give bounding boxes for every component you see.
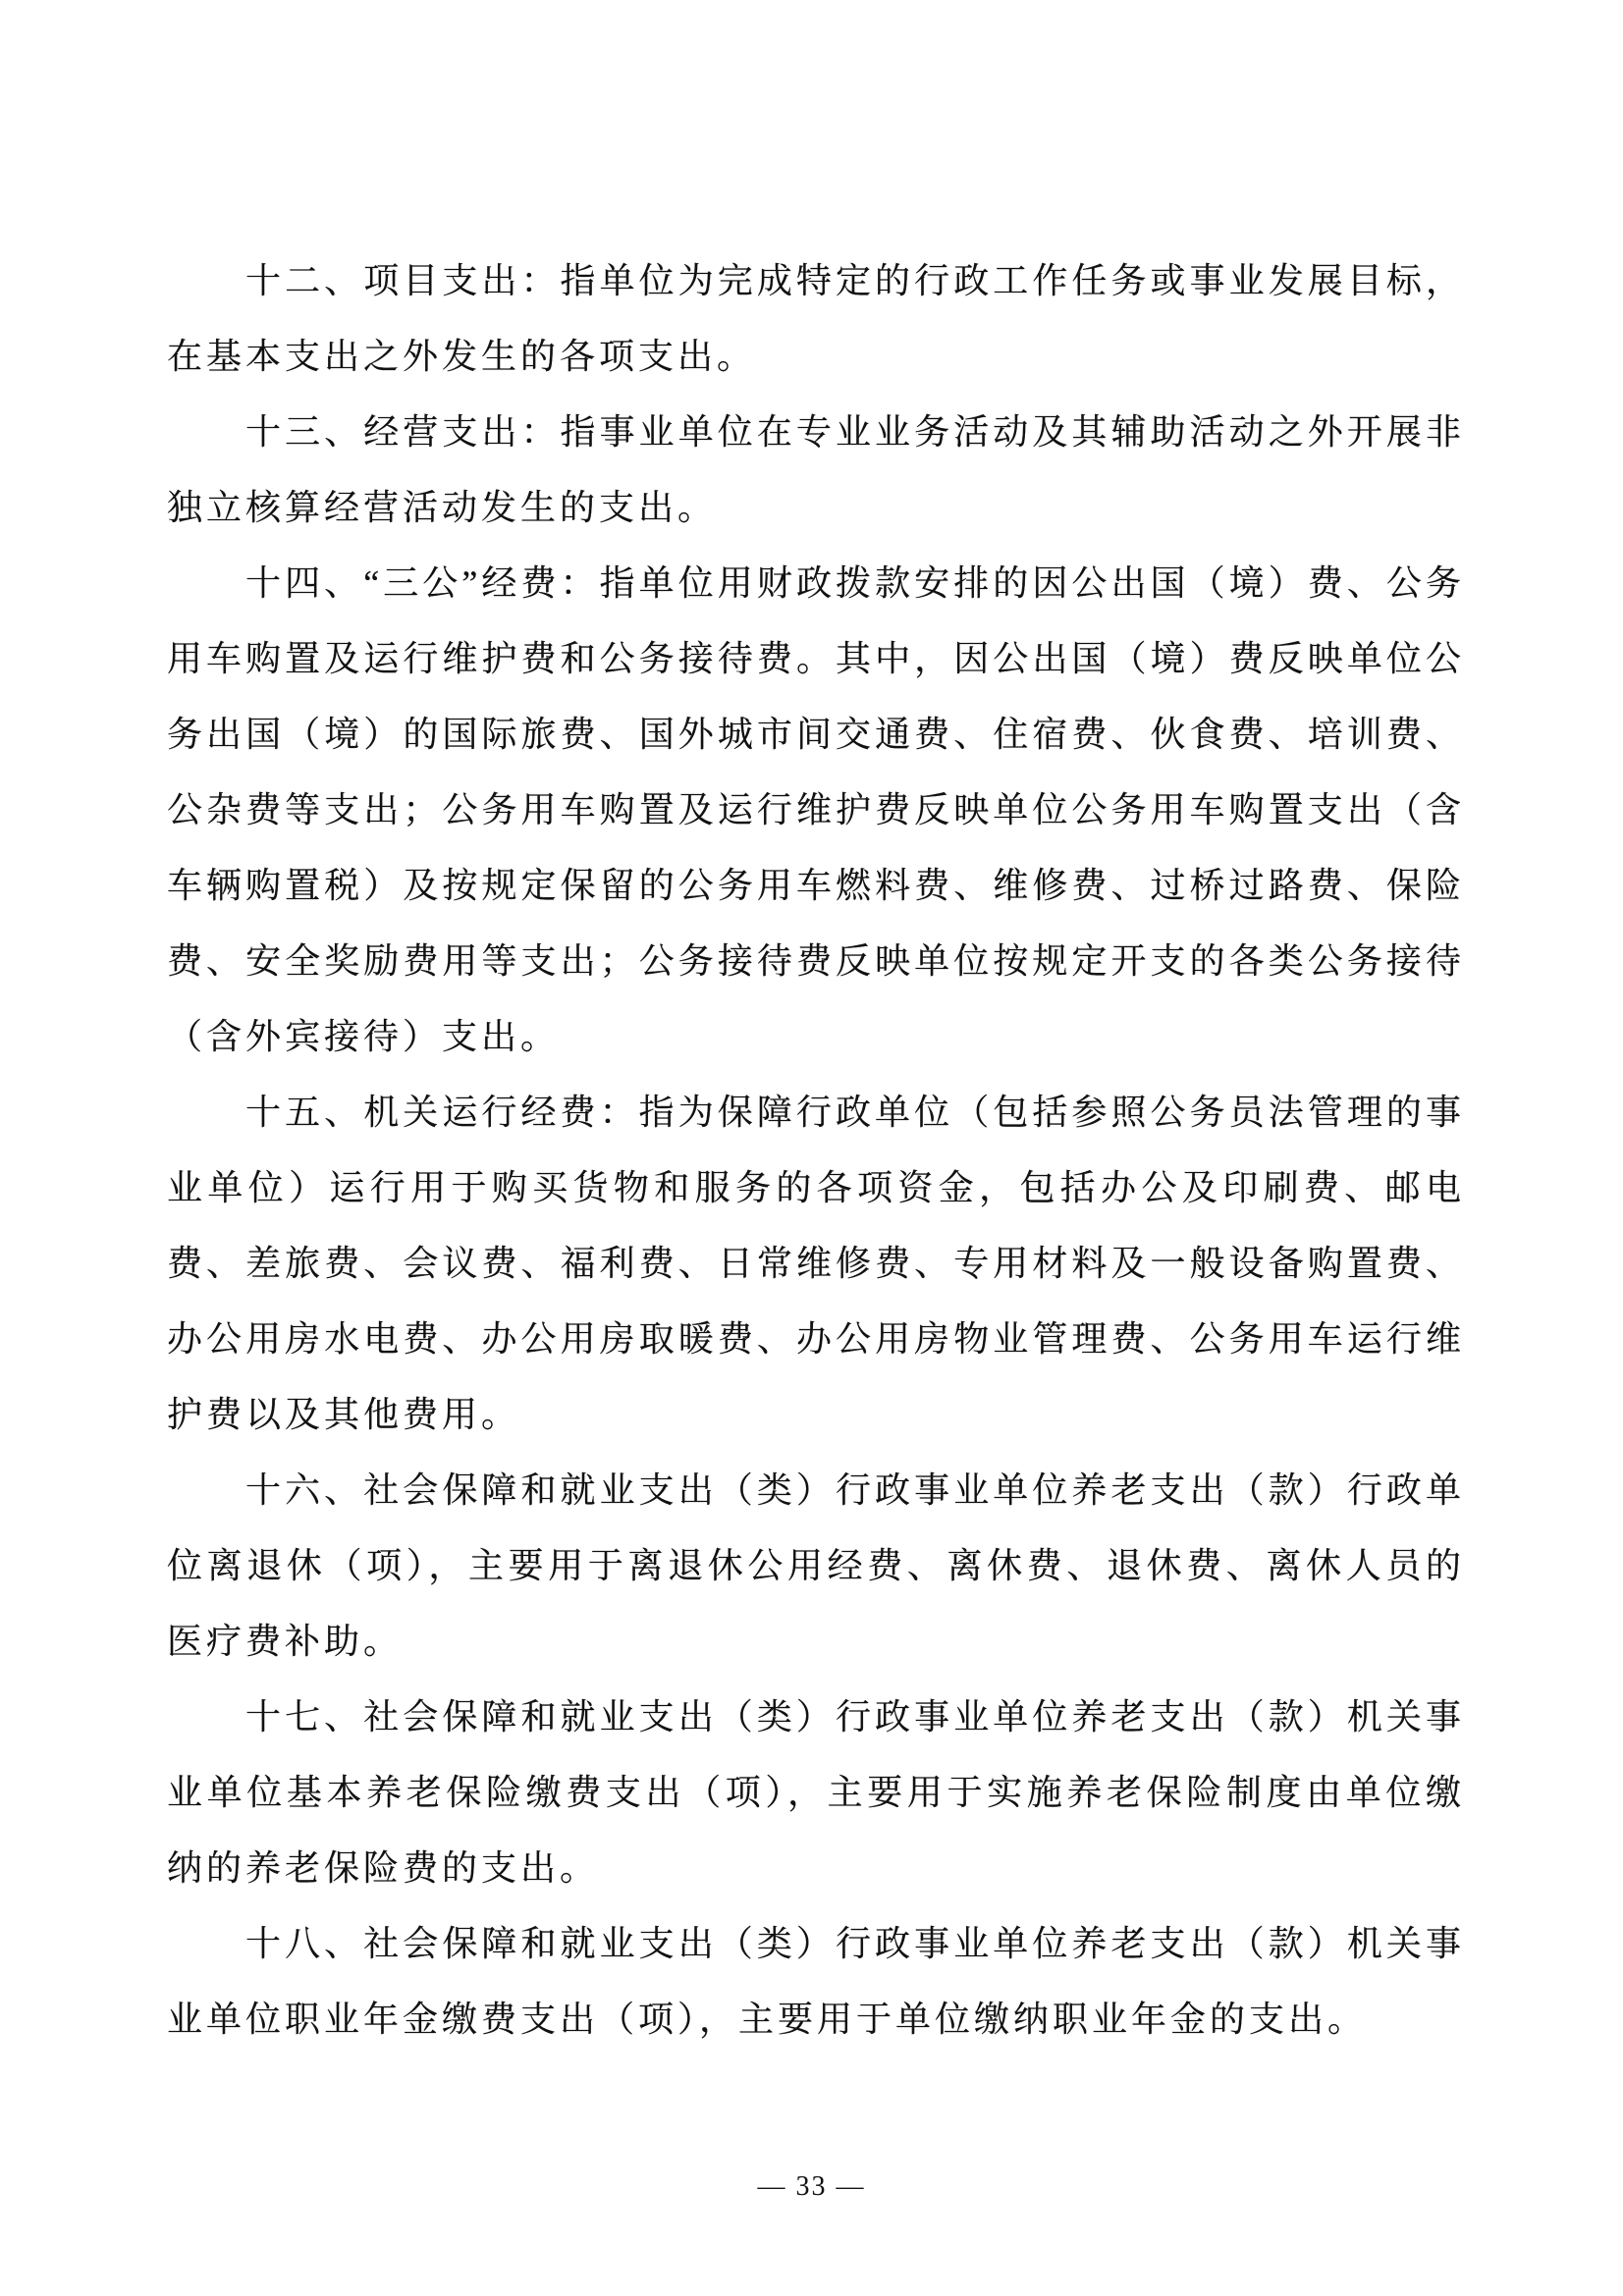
paragraph-12-project-expenditure: 十二、项目支出：指单位为完成特定的行政工作任务或事业发展目标，在基本支出之外发生… (167, 243, 1465, 395)
paragraph-16-retirement-expenditure: 十六、社会保障和就业支出（类）行政事业单位养老支出（款）行政单位离退休（项），主… (167, 1453, 1465, 1680)
document-body: 十二、项目支出：指单位为完成特定的行政工作任务或事业发展目标，在基本支出之外发生… (167, 243, 1465, 2057)
paragraph-13-operating-expenditure: 十三、经营支出：指事业单位在专业业务活动及其辅助活动之外开展非独立核算经营活动发… (167, 395, 1465, 546)
paragraph-14-three-public-funds: 十四、“三公”经费：指单位用财政拨款安排的因公出国（境）费、公务用车购置及运行维… (167, 546, 1465, 1075)
paragraph-15-agency-operating-funds: 十五、机关运行经费：指为保障行政单位（包括参照公务员法管理的事业单位）运行用于购… (167, 1075, 1465, 1453)
paragraph-17-basic-pension-contribution: 十七、社会保障和就业支出（类）行政事业单位养老支出（款）机关事业单位基本养老保险… (167, 1680, 1465, 1906)
paragraph-18-occupational-annuity: 十八、社会保障和就业支出（类）行政事业单位养老支出（款）机关事业单位职业年金缴费… (167, 1906, 1465, 2057)
page-number: — 33 — (0, 2171, 1623, 2203)
document-page: 十二、项目支出：指单位为完成特定的行政工作任务或事业发展目标，在基本支出之外发生… (0, 0, 1623, 2296)
